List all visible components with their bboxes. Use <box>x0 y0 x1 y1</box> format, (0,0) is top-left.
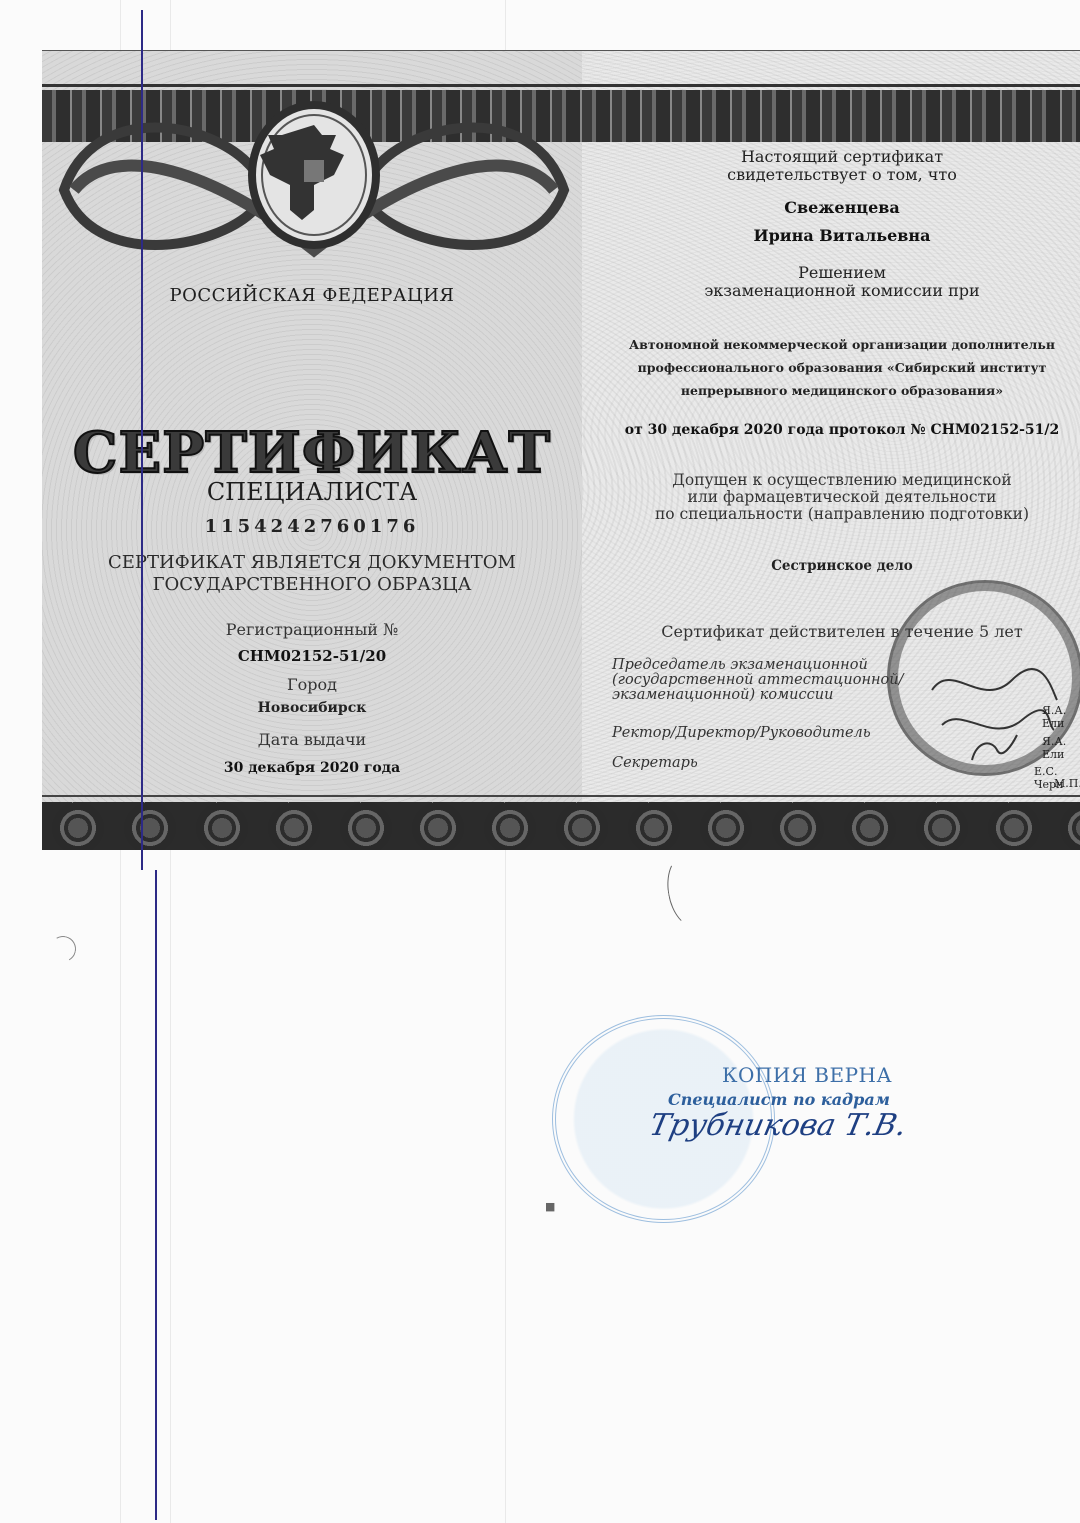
secretary-signature-label: Секретарь <box>612 756 698 771</box>
note-line: СЕРТИФИКАТ ЯВЛЯЕТСЯ ДОКУМЕНТОМ <box>42 552 582 574</box>
handwritten-signature-icon <box>922 650 1062 770</box>
bottom-rule <box>42 795 1080 797</box>
registration-number: СНМ02152-51/20 <box>42 647 582 665</box>
registration-label: Регистрационный № <box>42 620 582 639</box>
margin-pen-line <box>141 10 143 870</box>
verifier-position: Специалист по кадрам <box>668 1090 890 1109</box>
organization-line: профессионального образования «Сибирский… <box>597 356 1080 379</box>
organization-line: непрерывного медицинского образования» <box>597 379 1080 402</box>
holder-given-names: Ирина Витальевна <box>597 226 1080 245</box>
verifier-signature: Трубникова Т.В. <box>646 1108 909 1143</box>
guilloche-bottom-band <box>42 802 1080 850</box>
decision-text: Решением экзаменационной комиссии при <box>597 264 1080 300</box>
chair-line: экзаменационной) комиссии <box>612 688 904 703</box>
double-headed-eagle-icon <box>54 80 574 280</box>
stray-scan-mark: ■ <box>545 1200 555 1213</box>
organization-line: Автономной некоммерческой организации до… <box>597 333 1080 356</box>
city-value: Новосибирск <box>42 700 582 716</box>
issuing-organization: Автономной некоммерческой организации до… <box>597 333 1080 402</box>
margin-pen-line <box>155 870 157 1520</box>
certificate-scan: РОССИЙСКАЯ ФЕДЕРАЦИЯ СЕРТИФИКАТ СПЕЦИАЛИ… <box>42 50 1080 850</box>
chair-name: Я.А. Ели <box>1042 704 1080 730</box>
certificate-subtitle: СПЕЦИАЛИСТА <box>42 478 582 506</box>
decision-line: Решением <box>597 264 1080 282</box>
specialty: Сестринское дело <box>597 558 1080 574</box>
issue-date-value: 30 декабря 2020 года <box>42 760 582 776</box>
seal-place-mark: М.П. <box>1054 777 1080 790</box>
chair-signature-label: Председатель экзаменационной (государств… <box>612 658 904 703</box>
chair-line: (государственной аттестационной/ <box>612 673 904 688</box>
paper-fold-mark <box>662 852 716 930</box>
coat-of-arms-emblem <box>54 80 574 280</box>
intro-line: Настоящий сертификат <box>597 148 1080 166</box>
admission-line: или фармацевтической деятельности <box>597 489 1080 506</box>
country-name: РОССИЙСКАЯ ФЕДЕРАЦИЯ <box>42 285 582 306</box>
admission-line: по специальности (направлению подготовки… <box>597 506 1080 523</box>
certificate-intro: Настоящий сертификат свидетельствует о т… <box>597 148 1080 184</box>
chair-line: Председатель экзаменационной <box>612 658 904 673</box>
admission-text: Допущен к осуществлению медицинской или … <box>597 472 1080 523</box>
rector-signature-label: Ректор/Директор/Руководитель <box>612 726 871 741</box>
top-rule <box>42 50 1080 51</box>
admission-line: Допущен к осуществлению медицинской <box>597 472 1080 489</box>
certificate-title: СЕРТИФИКАТ <box>42 420 582 486</box>
decision-line: экзаменационной комиссии при <box>597 282 1080 300</box>
city-label: Город <box>42 675 582 694</box>
hole-punch-mark <box>47 933 79 965</box>
state-document-note: СЕРТИФИКАТ ЯВЛЯЕТСЯ ДОКУМЕНТОМ ГОСУДАРСТ… <box>42 552 582 596</box>
issue-date-label: Дата выдачи <box>42 730 582 749</box>
copy-verified-text: КОПИЯ ВЕРНА <box>722 1063 892 1087</box>
note-line: ГОСУДАРСТВЕННОГО ОБРАЗЦА <box>42 574 582 596</box>
rector-name: Я.А. Ели <box>1042 735 1080 761</box>
holder-surname: Свеженцева <box>597 198 1080 217</box>
intro-line: свидетельствует о том, что <box>597 166 1080 184</box>
serial-number: 1154242760176 <box>42 516 582 537</box>
protocol-reference: от 30 декабря 2020 года протокол № СНМ02… <box>597 422 1080 438</box>
